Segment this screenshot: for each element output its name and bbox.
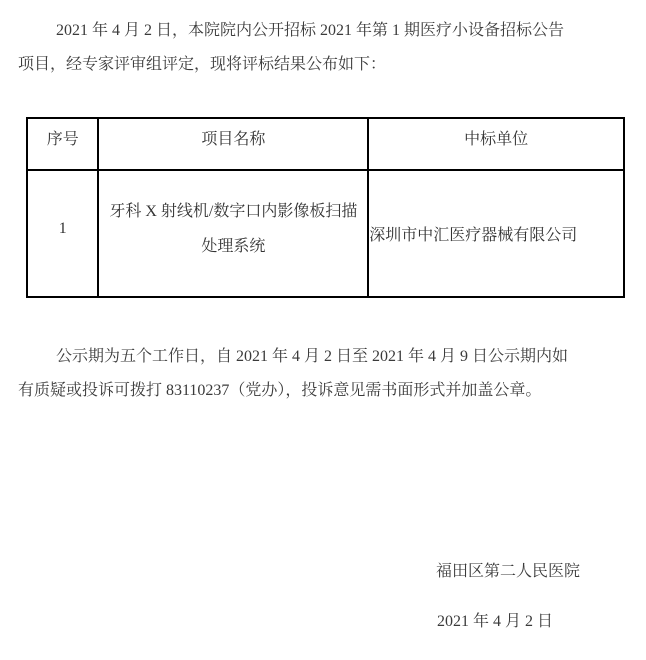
row-cell-seq: 1 <box>27 170 98 297</box>
table-row: 1 牙科 X 射线机/数字口内影像板扫描处理系统 深圳市中汇医疗器械有限公司 <box>27 170 624 297</box>
row-cell-project: 牙科 X 射线机/数字口内影像板扫描处理系统 <box>98 170 368 297</box>
signature-date: 2021 年 4 月 2 日 <box>18 605 630 639</box>
notice-line-1: 公示期为五个工作日，自 2021 年 4 月 2 日至 2021 年 4 月 9… <box>18 340 630 374</box>
signature-organization: 福田区第二人民医院 <box>18 555 630 589</box>
intro-line-1: 2021 年 4 月 2 日，本院院内公开招标 2021 年第 1 期医疗小设备… <box>18 14 630 48</box>
header-cell-project: 项目名称 <box>98 118 368 170</box>
document-page: 2021 年 4 月 2 日，本院院内公开招标 2021 年第 1 期医疗小设备… <box>0 0 646 660</box>
notice-line-2: 有质疑或投诉可拨打 83110237（党办），投诉意见需书面形式并加盖公章。 <box>18 374 630 408</box>
table-header-row: 序号 项目名称 中标单位 <box>27 118 624 170</box>
row-cell-winner: 深圳市中汇医疗器械有限公司 <box>368 170 624 297</box>
bid-results-table: 序号 项目名称 中标单位 1 牙科 X 射线机/数字口内影像板扫描处理系统 深圳… <box>26 117 625 298</box>
intro-paragraph: 2021 年 4 月 2 日，本院院内公开招标 2021 年第 1 期医疗小设备… <box>18 14 630 82</box>
intro-line-2: 项目，经专家评审组评定，现将评标结果公布如下： <box>18 48 630 82</box>
notice-paragraph: 公示期为五个工作日，自 2021 年 4 月 2 日至 2021 年 4 月 9… <box>18 340 630 408</box>
header-cell-seq: 序号 <box>27 118 98 170</box>
header-cell-winner: 中标单位 <box>368 118 624 170</box>
